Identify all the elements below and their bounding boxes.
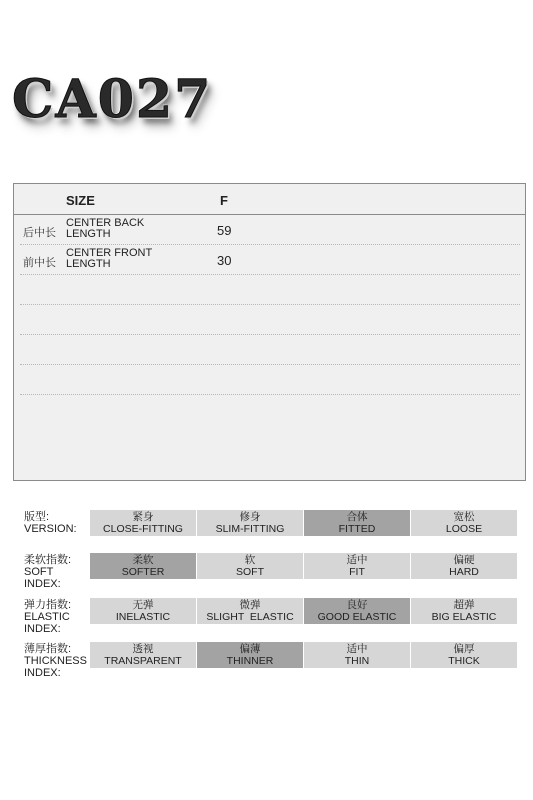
- size-column-value: F: [220, 193, 228, 208]
- attr-label-elastic-index: 弹力指数: ELASTIC INDEX:: [24, 599, 71, 635]
- option-big-elastic: 超弹BIG ELASTIC: [411, 598, 517, 624]
- attr-label-soft-index: 柔软指数: SOFT INDEX:: [24, 554, 71, 590]
- option-thinner-selected: 偏薄THINNER: [197, 642, 303, 668]
- option-slight-elastic: 微弹SLIGHT ELASTIC: [197, 598, 303, 624]
- row-label-cn: 后中长: [23, 224, 56, 240]
- attr-label-version: 版型: VERSION:: [24, 511, 77, 535]
- size-table-header: SIZE F: [14, 184, 525, 215]
- size-table: SIZE F 后中长 CENTER BACKLENGTH 59 前中长 CENT…: [13, 183, 526, 481]
- size-row-empty: [20, 365, 520, 395]
- option-inelastic: 无弹INELASTIC: [90, 598, 196, 624]
- size-row-empty: [20, 275, 520, 305]
- row-label-en: CENTER BACKLENGTH: [66, 218, 186, 240]
- option-hard: 偏硬HARD: [411, 553, 517, 579]
- size-row-empty: [20, 335, 520, 365]
- product-code-logo: CA027: [12, 74, 212, 126]
- option-fitted-selected: 合体FITTED: [304, 510, 410, 536]
- size-row-center-front-length: 前中长 CENTER FRONTLENGTH 30: [20, 245, 520, 275]
- option-transparent: 透视TRANSPARENT: [90, 642, 196, 668]
- size-column-label: SIZE: [66, 193, 95, 208]
- option-soft: 软SOFT: [197, 553, 303, 579]
- option-thin: 适中THIN: [304, 642, 410, 668]
- attr-label-thickness-index: 薄厚指数: THICKNESS INDEX:: [24, 643, 87, 679]
- size-row-empty: [20, 305, 520, 335]
- option-fit: 适中FIT: [304, 553, 410, 579]
- row-label-cn: 前中长: [23, 254, 56, 270]
- option-close-fitting: 紧身CLOSE-FITTING: [90, 510, 196, 536]
- size-row-center-back-length: 后中长 CENTER BACKLENGTH 59: [20, 215, 520, 245]
- option-slim-fitting: 修身SLIM-FITTING: [197, 510, 303, 536]
- row-value: 59: [217, 223, 231, 238]
- row-value: 30: [217, 253, 231, 268]
- option-softer-selected: 柔软SOFTER: [90, 553, 196, 579]
- option-good-elastic-selected: 良好GOOD ELASTIC: [304, 598, 410, 624]
- row-label-en: CENTER FRONTLENGTH: [66, 248, 186, 270]
- option-thick: 偏厚THICK: [411, 642, 517, 668]
- option-loose: 宽松LOOSE: [411, 510, 517, 536]
